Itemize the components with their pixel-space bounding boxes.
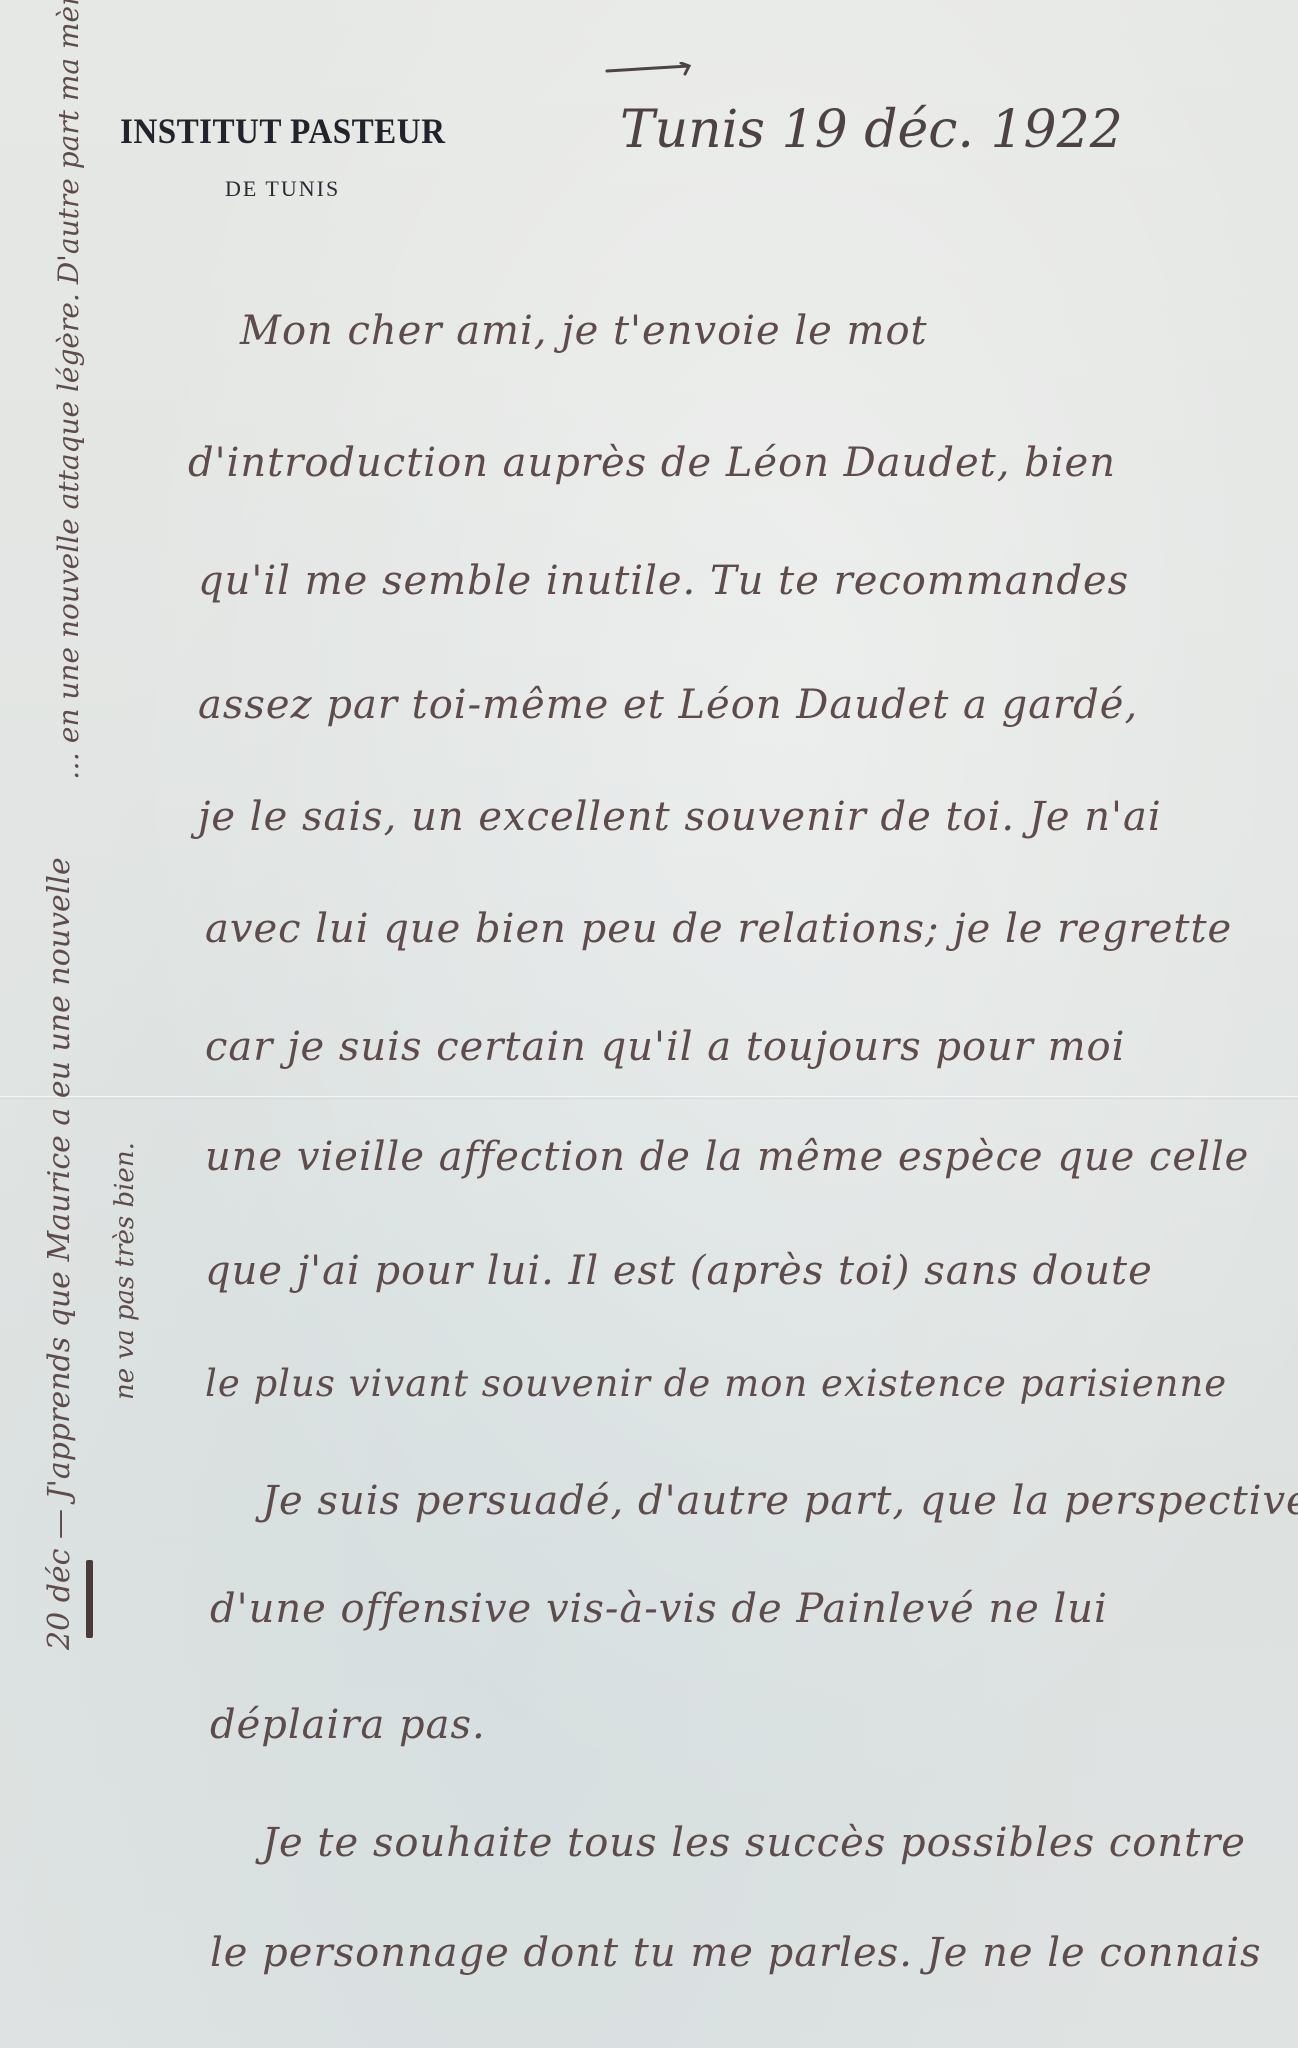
body-line-2: d'introduction auprès de Léon Daudet, bi…: [188, 440, 1116, 486]
letterhead-title: INSTITUT PASTEUR: [120, 110, 445, 152]
body-line-7: car je suis certain qu'il a toujours pou…: [205, 1024, 1125, 1070]
paper-fold: [0, 1096, 1298, 1099]
body-line-11: Je suis persuadé, d'autre part, que la p…: [262, 1478, 1298, 1524]
body-line-6: avec lui que bien peu de relations; je l…: [205, 906, 1232, 952]
body-line-1: Mon cher ami, je t'envoie le mot: [240, 308, 928, 354]
letterhead-subtitle: DE TUNIS: [225, 176, 340, 202]
letter-page: INSTITUT PASTEUR DE TUNIS Tunis 19 déc. …: [0, 0, 1298, 2048]
letter-date: Tunis 19 déc. 1922: [620, 100, 1123, 160]
margin-note-upper: … en une nouvelle attaque légère. D'autr…: [52, 0, 85, 780]
body-line-5: je le sais, un excellent souvenir de toi…: [198, 794, 1162, 840]
body-line-14: Je te souhaite tous les succès possibles…: [262, 1820, 1246, 1866]
body-line-9: que j'ai pour lui. Il est (après toi) sa…: [205, 1248, 1153, 1294]
body-line-12: d'une offensive vis-à-vis de Painlevé ne…: [210, 1586, 1108, 1632]
body-line-4: assez par toi-même et Léon Daudet a gard…: [198, 682, 1138, 728]
body-line-13: déplaira pas.: [210, 1702, 486, 1748]
body-line-8: une vieille affection de la même espèce …: [205, 1134, 1249, 1180]
margin-date-underline: [86, 1560, 93, 1638]
margin-note-lower-line2: ne va pas très bien.: [110, 1142, 140, 1400]
body-line-15: le personnage dont tu me parles. Je ne l…: [210, 1930, 1262, 1976]
date-arrow-stroke: [605, 62, 693, 76]
body-line-10: le plus vivant souvenir de mon existence…: [205, 1362, 1227, 1405]
margin-note-lower-line1: 20 déc — J'apprends que Maurice a eu une…: [42, 857, 77, 1650]
body-line-3: qu'il me semble inutile. Tu te recommand…: [198, 558, 1129, 604]
